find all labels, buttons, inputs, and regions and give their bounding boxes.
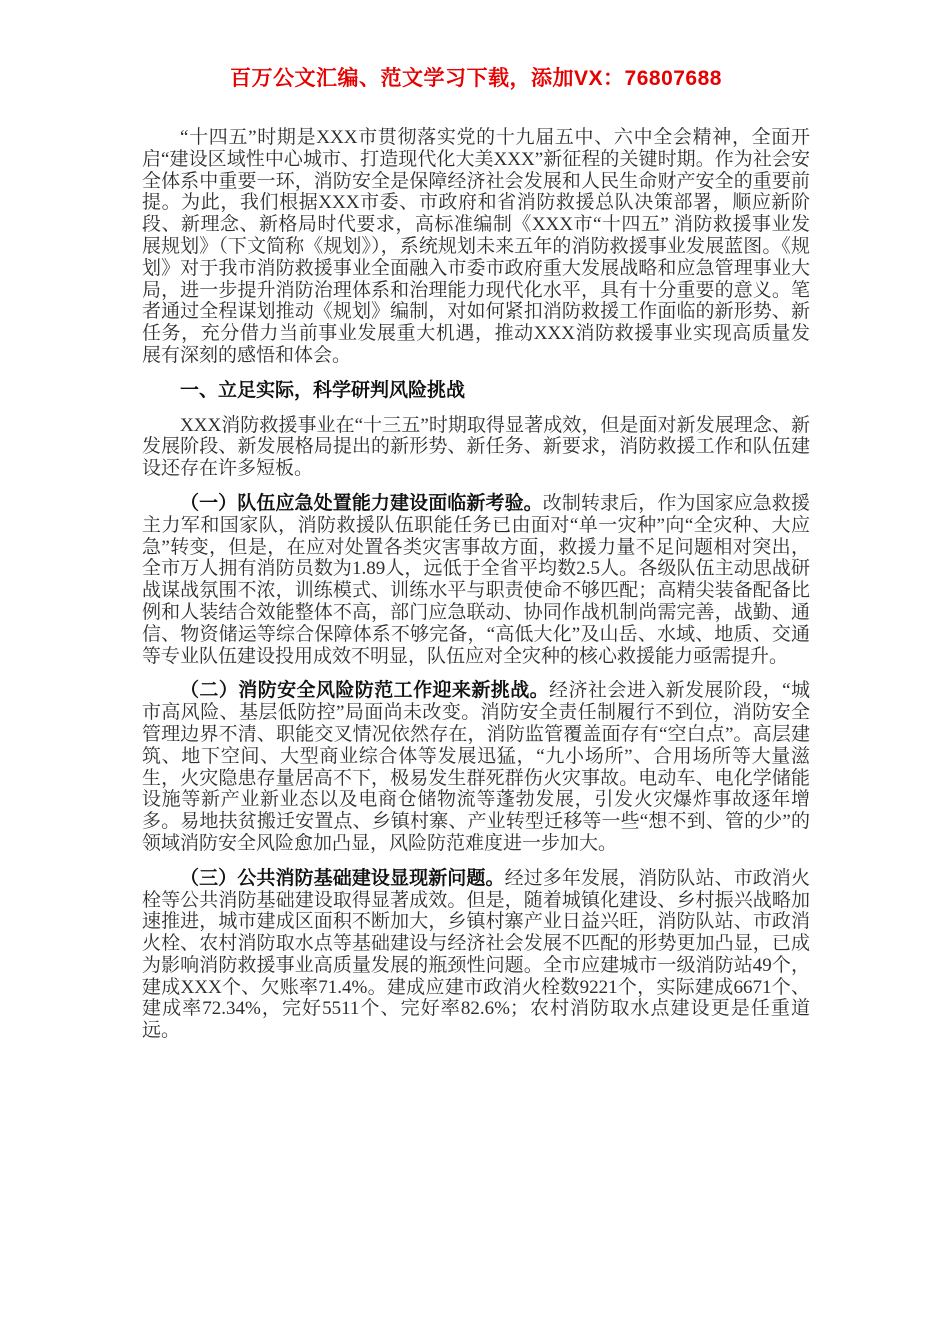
document-page: 百万公文汇编、范文学习下载，添加VX：76807688 “十四五”时期是XXX市… — [0, 0, 950, 1344]
point-2-lead: （二）消防安全风险防范工作迎来新挑战。 — [180, 680, 549, 701]
point-1-lead: （一）队伍应急处置能力建设面临新考验。 — [180, 493, 543, 514]
paragraph-intro-text: “十四五”时期是XXX市贯彻落实党的十九届五中、六中全会精神，全面开启“建设区域… — [142, 127, 810, 366]
point-1-text: 改制转隶后，作为国家应急救援主力军和国家队，消防救援队伍职能任务已由面对“单一灾… — [142, 493, 810, 667]
point-3-lead: （三）公共消防基础建设显现新问题。 — [180, 868, 505, 889]
paragraph-point-1: （一）队伍应急处置能力建设面临新考验。改制转隶后，作为国家应急救援主力军和国家队… — [142, 493, 810, 667]
paragraph-intro: “十四五”时期是XXX市贯彻落实党的十九届五中、六中全会精神，全面开启“建设区域… — [142, 127, 810, 367]
paragraph-overview-text: XXX消防救援事业在“十三五”时期取得显著成效，但是面对新发展理念、新发展阶段、… — [142, 415, 810, 480]
point-2-text: 经济社会进入新发展阶段，“城市高风险、基层低防控”局面尚未改变。消防安全责任制履… — [142, 680, 810, 854]
section-heading-1: 一、立足实际，科学研判风险挑战 — [142, 380, 810, 402]
document-body: “十四五”时期是XXX市贯彻落实党的十九届五中、六中全会精神，全面开启“建设区域… — [142, 127, 810, 1042]
paragraph-point-2: （二）消防安全风险防范工作迎来新挑战。经济社会进入新发展阶段，“城市高风险、基层… — [142, 680, 810, 854]
paragraph-overview: XXX消防救援事业在“十三五”时期取得显著成效，但是面对新发展理念、新发展阶段、… — [142, 415, 810, 480]
paragraph-point-3: （三）公共消防基础建设显现新问题。经过多年发展，消防队站、市政消火栓等公共消防基… — [142, 868, 810, 1042]
ad-banner-text: 百万公文汇编、范文学习下载，添加VX：76807688 — [142, 66, 810, 91]
point-3-text: 经过多年发展，消防队站、市政消火栓等公共消防基础建设取得显著成效。但是，随着城镇… — [142, 868, 810, 1042]
